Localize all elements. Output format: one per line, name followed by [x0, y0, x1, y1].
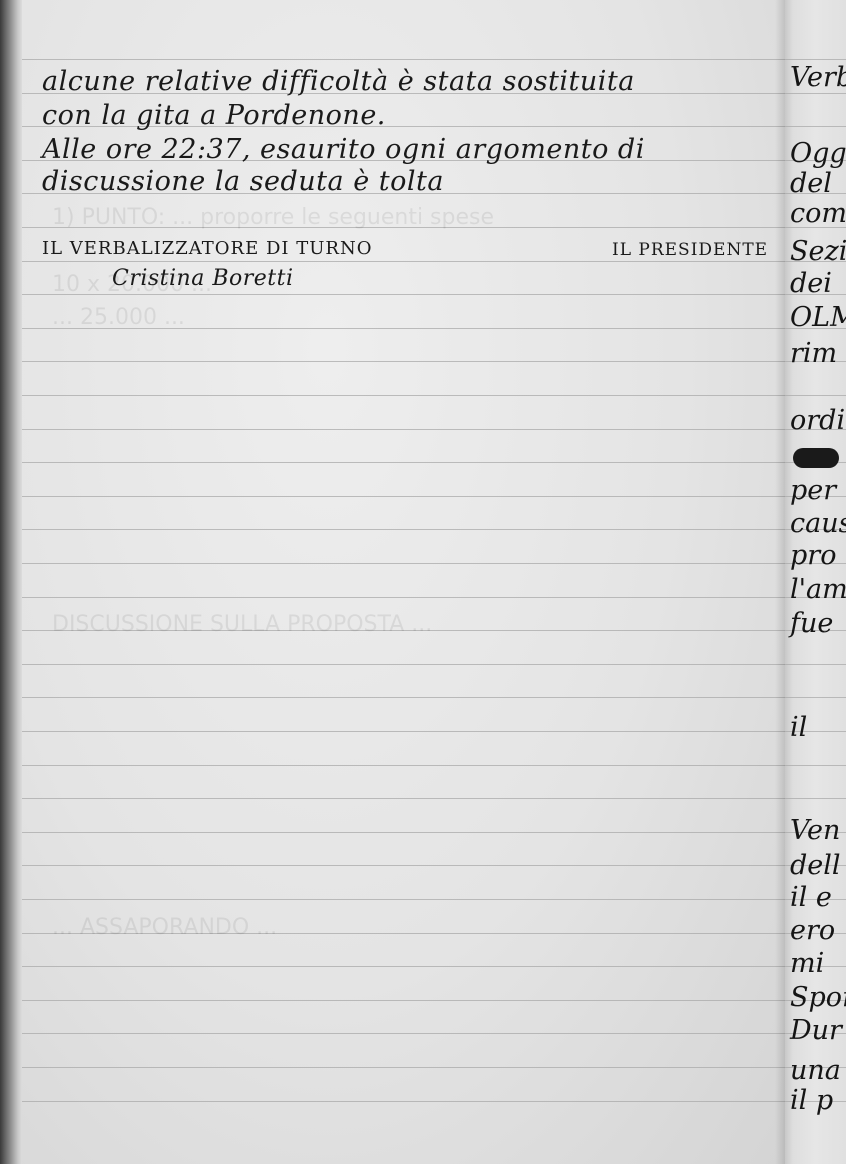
ruled-line: [785, 798, 846, 799]
handwritten-fragment: fue: [790, 608, 833, 639]
recorder-signature: Cristina Boretti: [112, 266, 294, 291]
handwritten-fragment: dell: [790, 850, 841, 881]
handwritten-fragment: OLM: [790, 302, 846, 333]
ruled-line: [785, 59, 846, 60]
ruled-line: [22, 395, 785, 396]
handwritten-fragment: Ogg: [790, 138, 846, 169]
handwritten-fragment: Dur: [790, 1015, 842, 1046]
ruled-line: [785, 395, 846, 396]
ruled-line: [22, 361, 785, 362]
handwritten-fragment: del: [790, 168, 832, 199]
bleed-through-text: DISCUSSIONE SULLA PROPOSTA ...: [52, 612, 432, 637]
bleed-through-text: 1) PUNTO: ... proporre le seguenti spese: [52, 205, 494, 230]
handwritten-fragment: una: [790, 1055, 841, 1086]
handwritten-line: discussione la seduta è tolta: [42, 166, 444, 197]
ruled-line: [22, 462, 785, 463]
ruled-line: [785, 126, 846, 127]
handwritten-fragment: Verb: [790, 62, 846, 93]
ruled-line: [22, 697, 785, 698]
ruled-line: [22, 59, 785, 60]
handwritten-fragment: Ven: [790, 815, 840, 846]
bleed-through-text: ... 25.000 ...: [52, 305, 185, 330]
ruled-line: [785, 697, 846, 698]
president-label: IL PRESIDENTE: [612, 240, 768, 260]
handwritten-fragment: pro: [790, 540, 836, 571]
ruled-line: [22, 597, 785, 598]
left-page: 1) PUNTO: ... proporre le seguenti spese…: [22, 0, 785, 1164]
handwritten-line: con la gita a Pordenone.: [42, 100, 386, 131]
handwritten-fragment: mi: [790, 948, 824, 979]
ruled-line: [22, 529, 785, 530]
ruled-line: [22, 1101, 785, 1102]
ruled-line: [22, 798, 785, 799]
ruled-line: [22, 429, 785, 430]
bleed-through-text: ... ASSAPORANDO ...: [52, 915, 277, 940]
handwritten-line: alcune relative difficoltà è stata sosti…: [42, 66, 635, 97]
handwritten-fragment: ordi: [790, 405, 845, 436]
ruled-line: [22, 832, 785, 833]
ruled-line: [22, 563, 785, 564]
recorder-label: IL VERBALIZZATORE DI TURNO: [42, 238, 372, 259]
handwritten-fragment: l'am: [790, 574, 846, 605]
handwritten-fragment: per: [790, 475, 836, 506]
ruled-line: [785, 664, 846, 665]
handwritten-fragment: dei: [790, 268, 832, 299]
handwritten-line: Alle ore 22:37, esaurito ogni argomento …: [42, 134, 645, 165]
notebook-spread: 1) PUNTO: ... proporre le seguenti spese…: [0, 0, 846, 1164]
ruled-line: [22, 966, 785, 967]
handwritten-fragment: il e: [790, 882, 832, 913]
crossed-out-word: [793, 448, 839, 468]
ruled-line: [22, 1000, 785, 1001]
handwritten-fragment: Sezi: [790, 236, 846, 267]
ruled-line: [22, 1033, 785, 1034]
ruled-line: [785, 765, 846, 766]
ruled-line: [22, 731, 785, 732]
ruled-line: [22, 1067, 785, 1068]
right-page: VerbOggdelcomSezideiOLMrimordipercauspro…: [785, 0, 846, 1164]
ruled-line: [22, 765, 785, 766]
handwritten-fragment: Spor: [790, 982, 846, 1013]
handwritten-fragment: com: [790, 198, 846, 229]
ruled-line: [22, 899, 785, 900]
handwritten-fragment: ero: [790, 915, 835, 946]
ruled-line: [22, 496, 785, 497]
ruled-line: [22, 664, 785, 665]
handwritten-fragment: il p: [790, 1085, 833, 1116]
handwritten-fragment: il: [790, 712, 807, 743]
ruled-line: [22, 261, 785, 262]
handwritten-fragment: caus: [790, 508, 846, 539]
notebook-binding: [0, 0, 22, 1164]
handwritten-fragment: rim: [790, 338, 837, 369]
ruled-line: [22, 865, 785, 866]
